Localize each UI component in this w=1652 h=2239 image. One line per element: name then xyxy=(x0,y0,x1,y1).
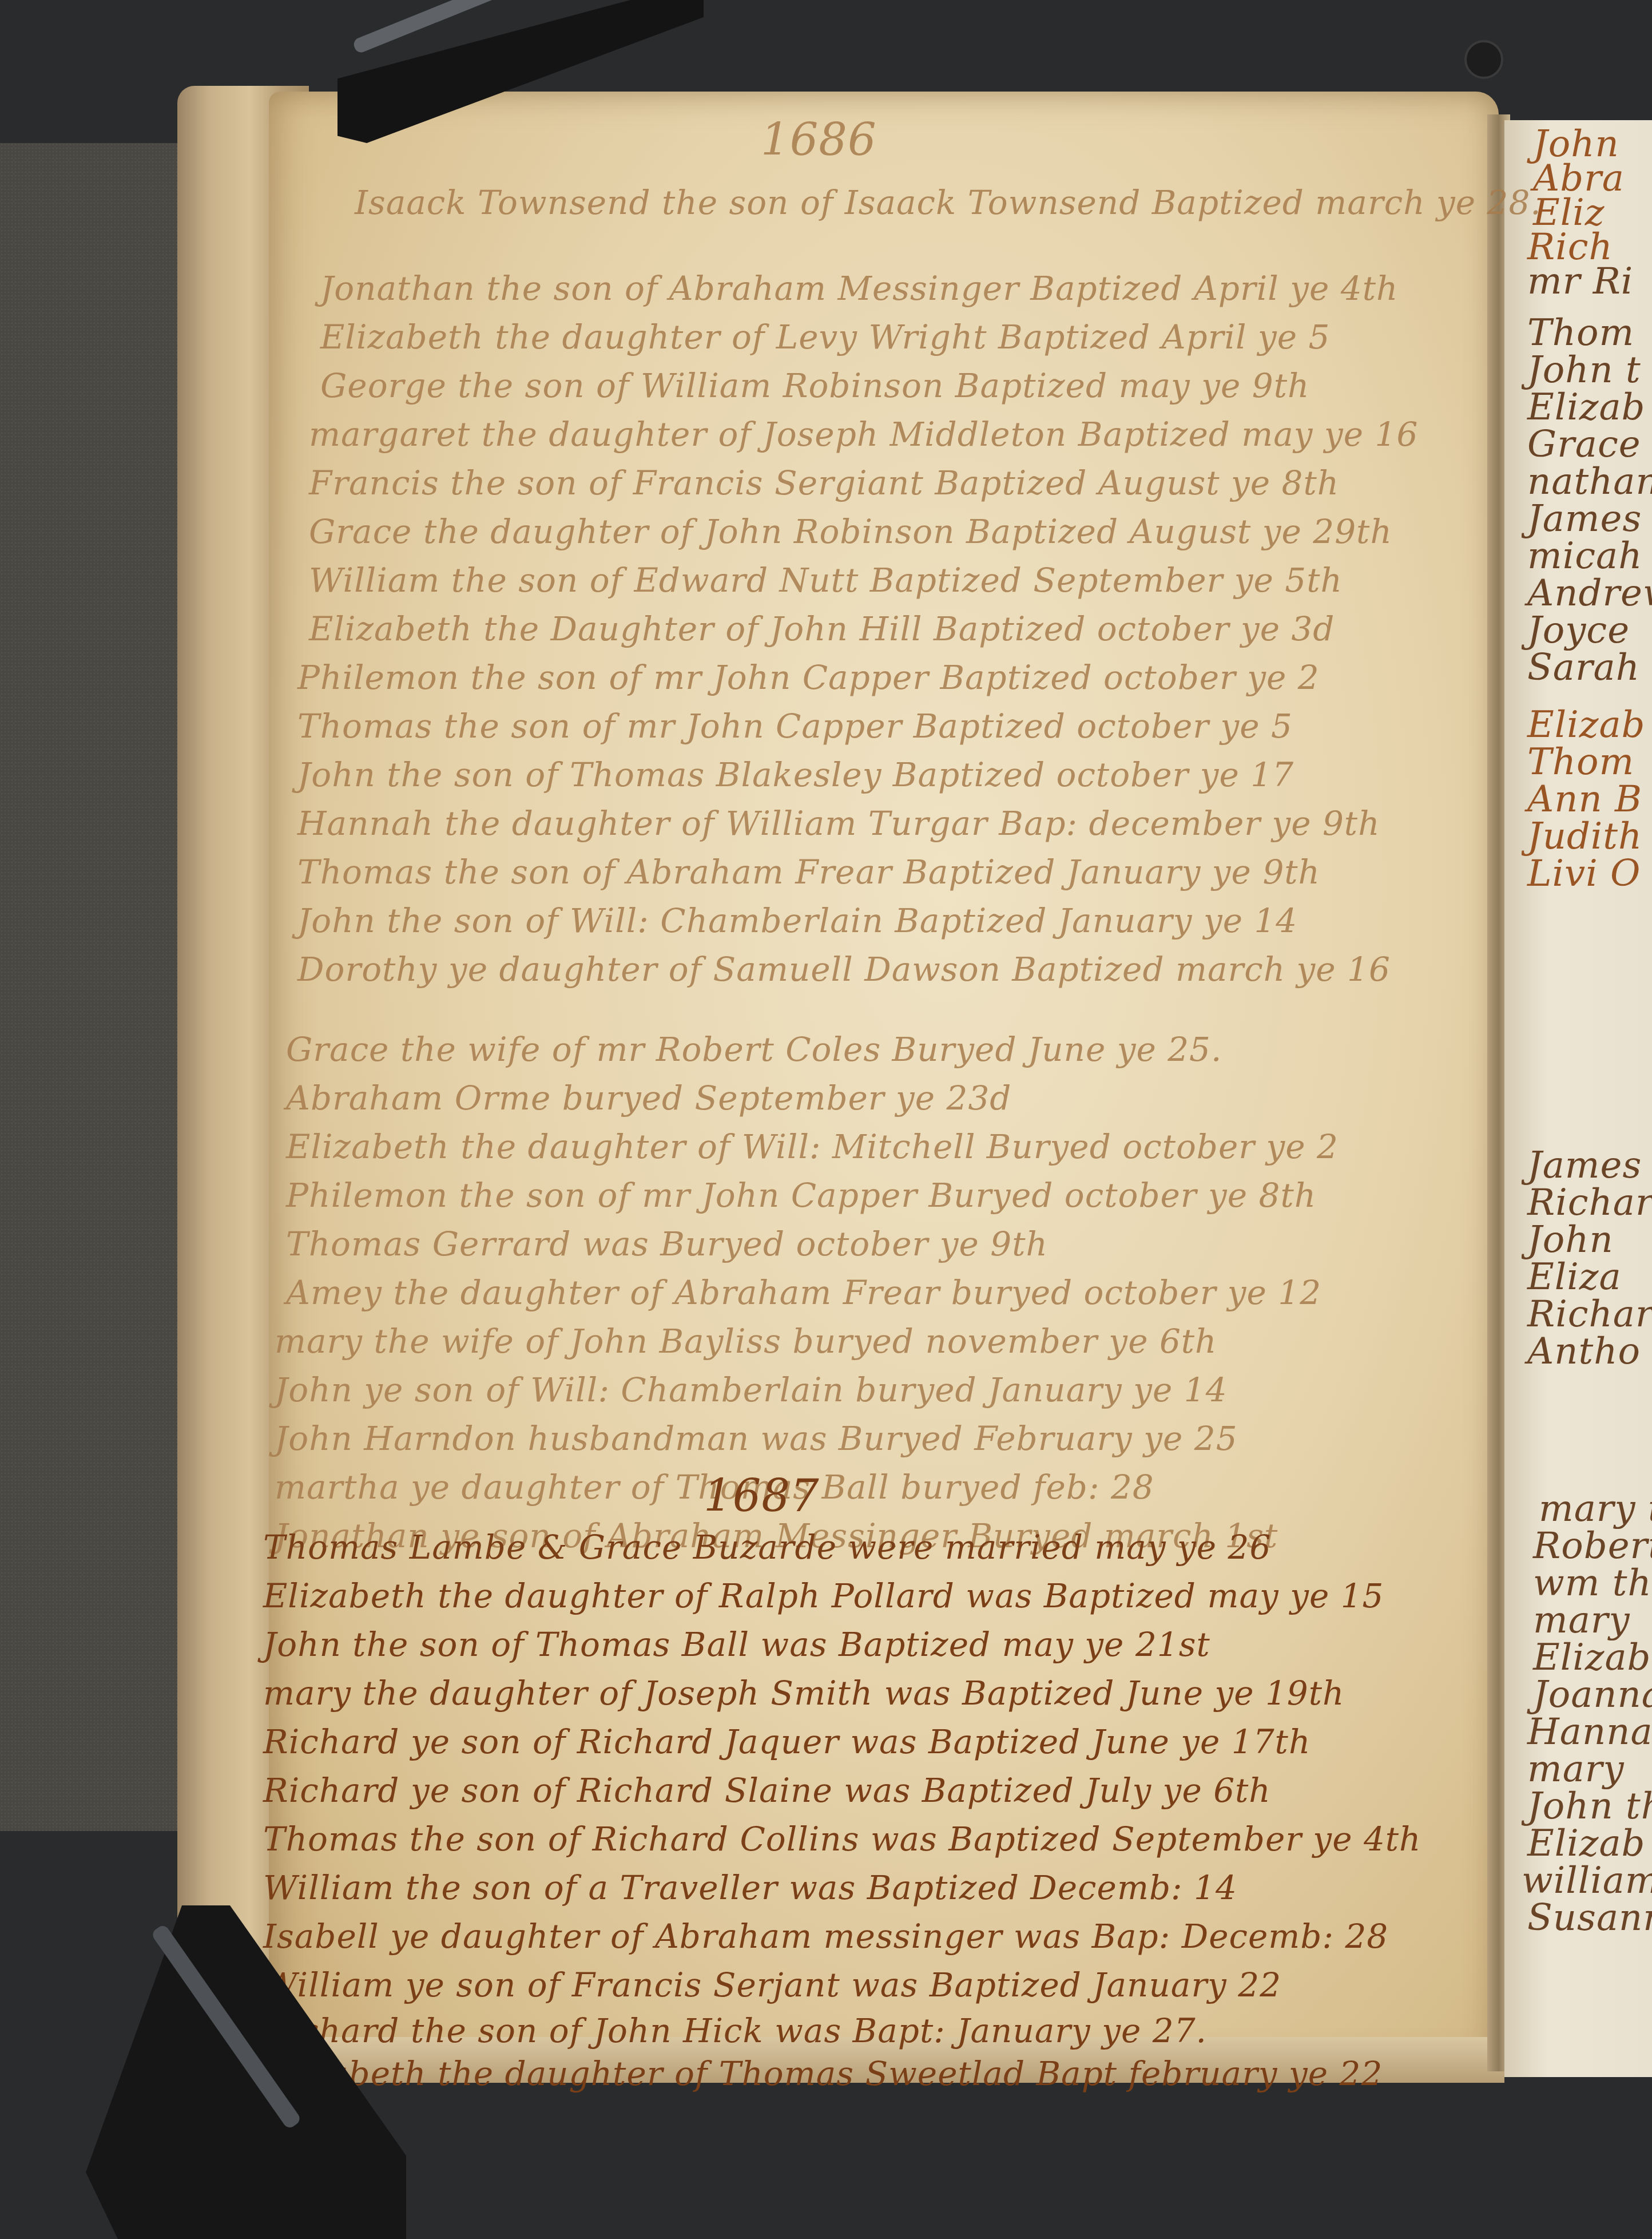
year-heading: 1687 xyxy=(704,1471,820,1522)
register-entry: Isabell ye daughter of Abraham messinger… xyxy=(263,1917,1388,1956)
right-entry: Thom xyxy=(1527,741,1634,783)
register-entry: margaret the daughter of Joseph Middleto… xyxy=(309,415,1418,454)
register-entry: mary the wife of John Bayliss buryed nov… xyxy=(275,1322,1217,1361)
right-entry: mr Ri xyxy=(1527,260,1633,303)
right-entry: Susanna xyxy=(1527,1897,1652,1939)
right-entry: John xyxy=(1527,1219,1614,1261)
register-entry: Elizabeth the daughter of Levy Wright Ba… xyxy=(320,318,1330,356)
right-entry: Eliza xyxy=(1527,1256,1622,1298)
right-entry: Elizab xyxy=(1527,1822,1646,1865)
register-entry: Hannah the daughter of William Turgar Ba… xyxy=(297,804,1380,843)
right-entry: william s xyxy=(1522,1860,1652,1902)
register-entry: Thomas Gerrard was Buryed october ye 9th xyxy=(286,1224,1048,1263)
register-entry: George the son of William Robinson Bapti… xyxy=(320,366,1309,405)
year-heading: 1686 xyxy=(761,114,877,166)
right-entry: James xyxy=(1527,498,1642,540)
right-entry: Robert xyxy=(1533,1525,1652,1567)
register-entry: William the son of Edward Nutt Baptized … xyxy=(309,561,1343,600)
register-entry: Abraham Orme buryed September ye 23d xyxy=(286,1079,1011,1117)
right-entry: John t xyxy=(1527,349,1641,391)
right-entry: James xyxy=(1527,1144,1642,1187)
register-entry: John the son of Will: Chamberlain Baptiz… xyxy=(297,901,1297,940)
right-entry: mary th xyxy=(1539,1488,1652,1530)
register-entry: John the son of Thomas Ball was Baptized… xyxy=(263,1625,1210,1664)
right-entry: Thom xyxy=(1527,312,1634,354)
register-entry: John the son of Thomas Blakesley Baptize… xyxy=(297,755,1294,794)
register-entry: mary the daughter of Joseph Smith was Ba… xyxy=(263,1674,1344,1713)
right-page-column: John Abra Eliz Rich mr Ri Thom John t El… xyxy=(1522,0,1652,2239)
right-entry: Elizab xyxy=(1527,704,1646,746)
register-entry: John Harndon husbandman was Buryed Febru… xyxy=(275,1419,1238,1458)
felt-pad xyxy=(0,143,206,1831)
right-entry: Judith y xyxy=(1527,815,1652,858)
register-entry: Francis the son of Francis Sergiant Bapt… xyxy=(309,463,1339,502)
right-entry: mary xyxy=(1527,1748,1625,1790)
register-entry: Dorothy ye daughter of Samuell Dawson Ba… xyxy=(297,950,1391,989)
right-entry: Elizab xyxy=(1527,386,1646,429)
right-entry: micah xyxy=(1527,535,1642,577)
right-entry: Livi O xyxy=(1527,853,1641,895)
register-entry: Elizabeth the daughter of Ralph Pollard … xyxy=(263,1576,1384,1615)
register-entry: Thomas Lambe & Grace Buzarde were marrie… xyxy=(263,1528,1271,1567)
register-entry: Grace the daughter of John Robinson Bapt… xyxy=(309,512,1392,551)
right-entry: Joyce xyxy=(1527,609,1630,652)
register-entry: Elizabeth the daughter of Will: Mitchell… xyxy=(286,1127,1339,1166)
register-entry: Richard the son of John Hick was Bapt: J… xyxy=(263,2011,1207,2050)
right-entry: Elizab xyxy=(1533,1636,1651,1679)
register-entry: Richard ye son of Richard Slaine was Bap… xyxy=(263,1771,1271,1810)
register-entry: Amey the daughter of Abraham Frear burye… xyxy=(286,1273,1321,1312)
right-entry: Grace xyxy=(1527,423,1641,466)
register-entry: Richard ye son of Richard Jaquer was Bap… xyxy=(263,1722,1311,1761)
right-entry: Richar xyxy=(1527,1182,1652,1224)
register-entry: William the son of a Traveller was Bapti… xyxy=(263,1868,1237,1907)
right-entry: Hannah xyxy=(1527,1711,1652,1753)
right-entry: Sarah xyxy=(1527,647,1640,689)
register-entry: Philemon the son of mr John Capper Bapti… xyxy=(297,658,1320,697)
register-entry: Thomas the son of mr John Capper Baptize… xyxy=(297,707,1293,746)
right-entry: Richar xyxy=(1527,1293,1652,1336)
right-entry: Joanna xyxy=(1533,1674,1652,1716)
register-entry: Elizabeth the Daughter of John Hill Bapt… xyxy=(309,609,1335,648)
right-entry: wm th xyxy=(1533,1562,1652,1604)
right-entry: Ann B xyxy=(1527,778,1642,821)
right-entry: Andrew xyxy=(1527,572,1652,615)
register-entry: Philemon the son of mr John Capper Burye… xyxy=(286,1176,1316,1215)
corner-screw xyxy=(1464,40,1503,79)
right-entry: mary xyxy=(1533,1599,1630,1642)
register-entry: Grace the wife of mr Robert Coles Buryed… xyxy=(286,1030,1222,1069)
register-entry: Thomas the son of Abraham Frear Baptized… xyxy=(297,853,1320,891)
register-entry: John ye son of Will: Chamberlain buryed … xyxy=(275,1370,1228,1409)
register-entry: Elizabeth the daughter of Thomas Sweetla… xyxy=(263,2054,1383,2093)
right-entry: nathan xyxy=(1527,461,1652,503)
right-entry: Antho xyxy=(1527,1330,1641,1373)
register-entry: Jonathan the son of Abraham Messinger Ba… xyxy=(320,269,1398,308)
register-entry: Isaack Townsend the son of Isaack Townse… xyxy=(355,183,1542,222)
right-entry: John th xyxy=(1527,1785,1652,1828)
register-entry: William ye son of Francis Serjant was Ba… xyxy=(263,1965,1281,2004)
register-entry: Thomas the son of Richard Collins was Ba… xyxy=(263,1820,1421,1858)
